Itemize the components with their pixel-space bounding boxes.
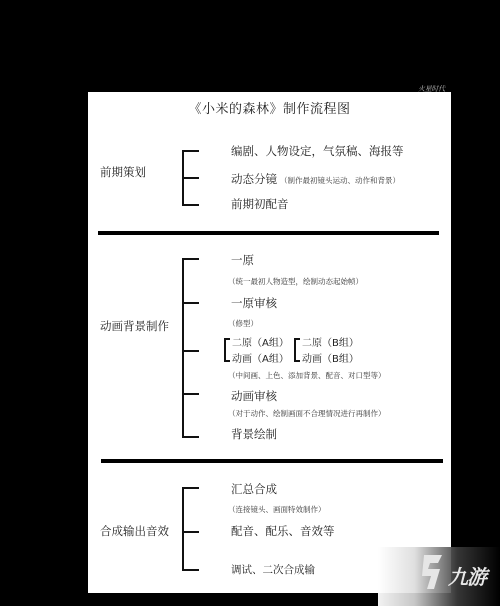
section-divider [101,459,443,463]
group-b-second-key: 二原（B组） [302,334,359,349]
item-key-animation-review: 一原审核 [231,295,277,311]
group-a-inbetween: 动画（A组） [232,350,289,365]
site-watermark: 九游 [378,547,500,606]
watermark-text: 九游 [448,561,486,590]
group-a-second-key: 二原（A组） [232,334,289,349]
item-animation-review: 动画审核 [231,388,277,404]
bracket-tick [182,350,199,352]
bracket-tick [182,487,199,489]
note-inbetween: （中间画、上色、添加背景、配音、对口型等） [228,370,386,381]
item-animatic-note: （制作最初镜头运动、动作和背景） [280,176,400,185]
diagram-title: 《小米的森林》制作流程图 [88,98,451,117]
item-key-animation: 一原 [231,252,254,268]
note-animation-review: （对于动作、绘制画面不合理情况进行再制作） [228,408,386,419]
flowchart-paper: 《小米的森林》制作流程图 前期策划 编剧、人物设定，气氛稿、海报等 动态分镜（制… [88,92,451,593]
item-script-character-design: 编剧、人物设定，气氛稿、海报等 [231,143,404,159]
group-b-inbetween: 动画（B组） [302,350,359,365]
bracket-tick [182,302,199,304]
bracket-tick [182,258,199,260]
bracket-tick [182,177,199,179]
item-animatic-label: 动态分镜 [231,172,277,186]
item-background-painting: 背景绘制 [231,426,277,442]
note-compositing: （连接镜头、画面特效制作） [228,504,326,515]
note-key-animation-review: （修型） [228,318,258,329]
item-early-voice: 前期初配音 [231,196,289,212]
bracket-compositing-sound [182,487,184,571]
bracket-tick [182,150,199,152]
bracket-animation-background [182,258,184,438]
section-label-animation-background: 动画背景制作 [100,318,169,334]
bracket-tick [182,436,199,438]
item-sound: 配音、配乐、音效等 [231,523,335,539]
section-label-compositing-sound: 合成输出音效 [100,523,169,539]
sub-bracket-group-b [294,338,300,362]
bracket-tick [182,393,199,395]
bracket-tick [182,204,199,206]
section-divider [98,231,439,235]
jiuyou-logo-icon [418,553,446,591]
section-label-pre-production: 前期策划 [100,164,146,180]
item-animatic: 动态分镜（制作最初镜头运动、动作和背景） [231,171,400,187]
note-key-animation: （统一最初人物造型，绘制动态起始帧） [228,276,363,287]
sub-bracket-group-a [224,338,230,362]
bracket-tick [182,531,199,533]
item-compositing: 汇总合成 [231,481,277,497]
item-final-output: 调试、二次合成输 [231,562,315,577]
bracket-tick [182,569,199,571]
